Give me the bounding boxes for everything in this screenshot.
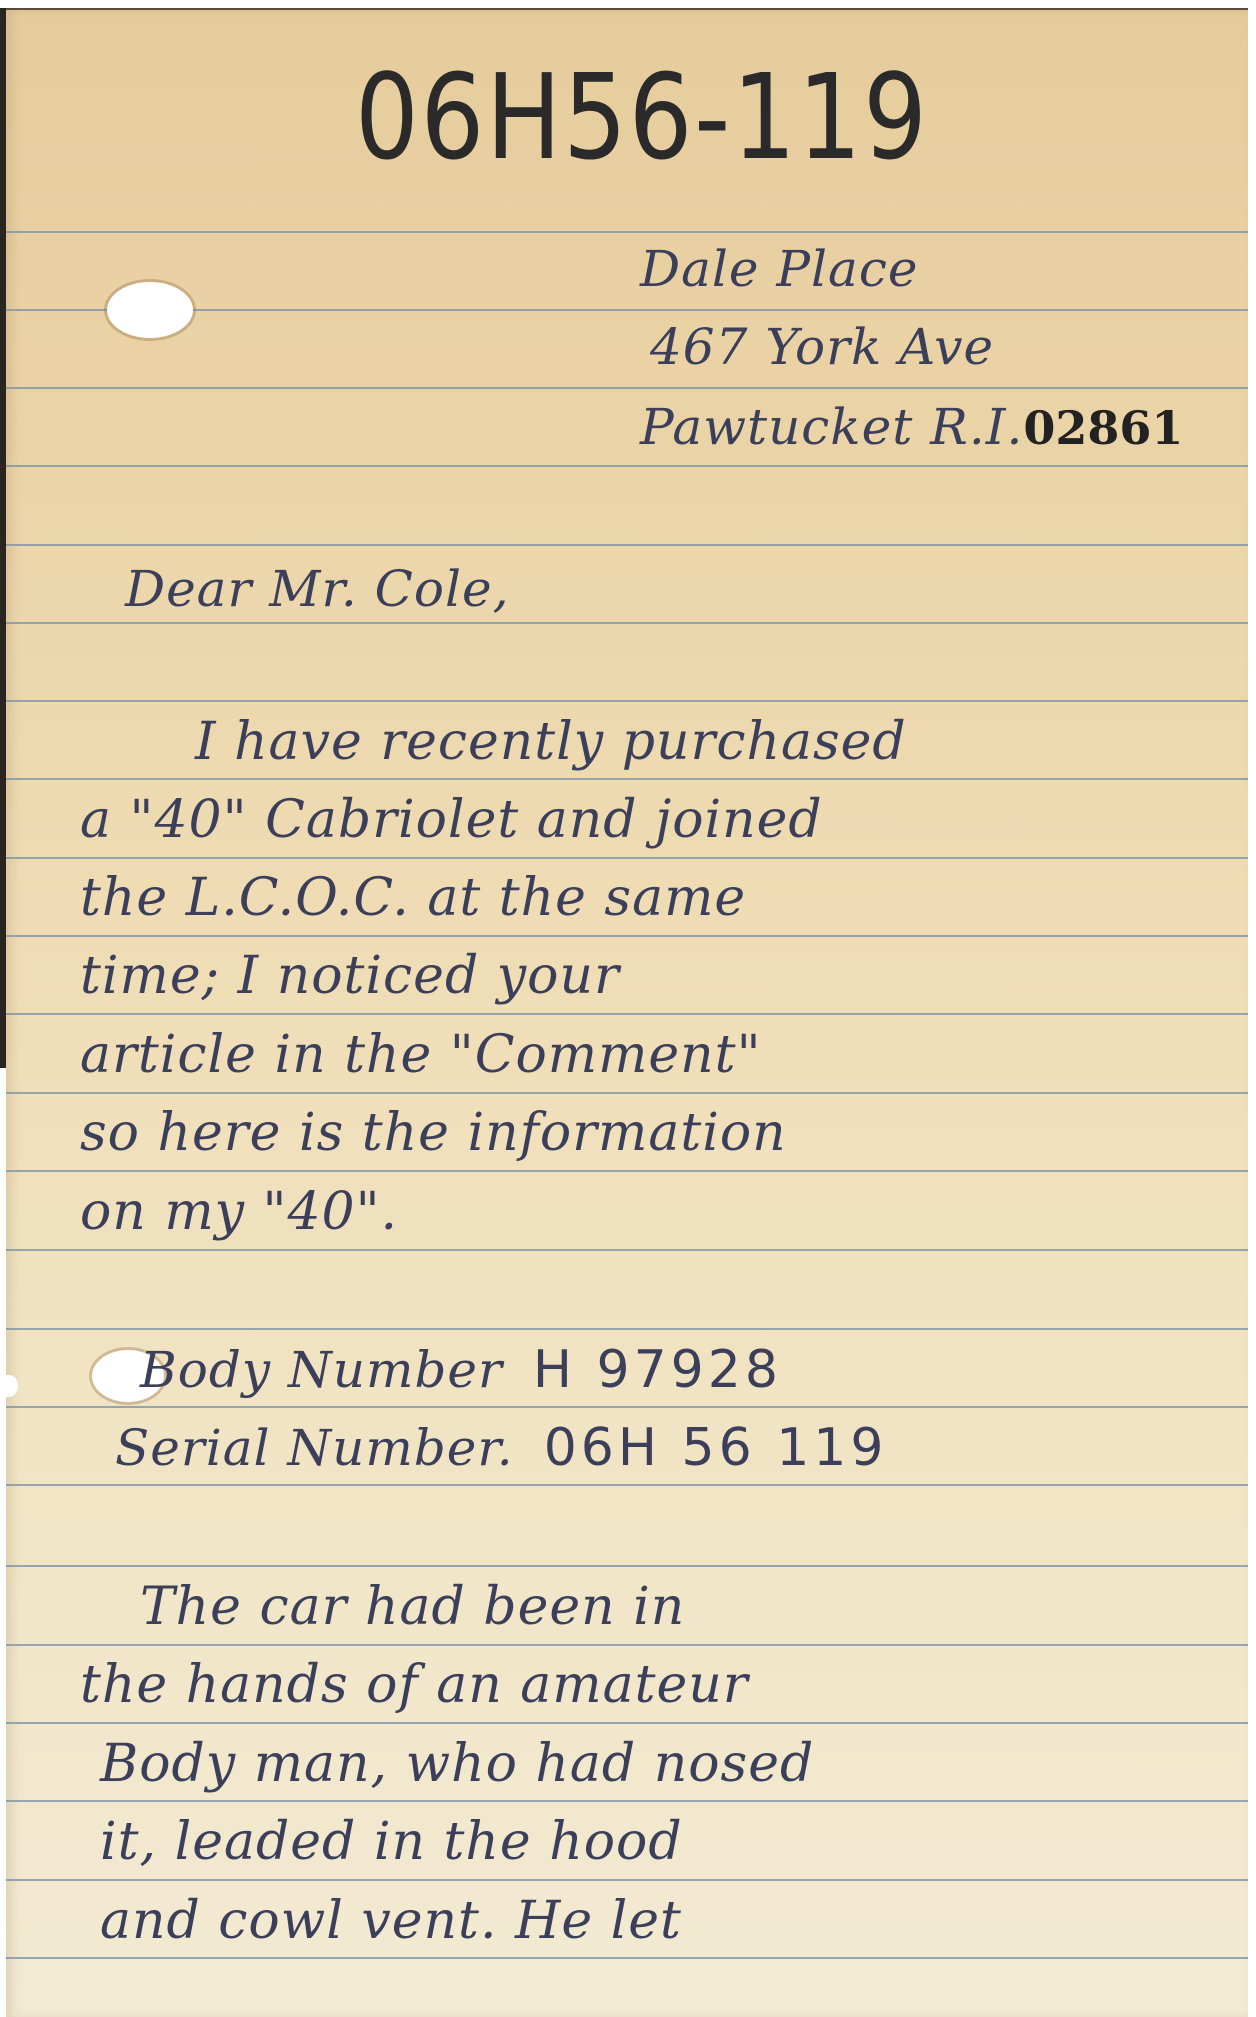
rule-line <box>6 1644 1248 1646</box>
rule-line <box>6 544 1248 546</box>
rule-line <box>6 1800 1248 1802</box>
closing-line: it, leaded in the hood <box>100 1812 683 1872</box>
closing-line: The car had been in <box>140 1577 685 1637</box>
rule-line <box>6 1328 1248 1330</box>
rule-line <box>6 1722 1248 1724</box>
body-number-row: Body NumberH 97928 <box>140 1340 782 1400</box>
rule-line <box>6 1957 1248 1959</box>
sender-zip: 02861 <box>1023 401 1183 455</box>
rule-line <box>6 935 1248 937</box>
body-line: so here is the information <box>80 1103 787 1163</box>
rule-line <box>6 1013 1248 1015</box>
serial-number-label: Serial Number. <box>115 1419 514 1477</box>
body-line: time; I noticed your <box>80 946 620 1006</box>
rule-line <box>6 622 1248 624</box>
closing-line: Body man, who had nosed <box>100 1734 814 1794</box>
rule-line <box>6 1565 1248 1567</box>
closing-line: the hands of an amateur <box>80 1655 749 1715</box>
rule-line <box>6 1170 1248 1172</box>
sender-city-line: Pawtucket R.I.02861 <box>640 398 1183 456</box>
body-line: I have recently purchased <box>195 712 907 772</box>
body-line: a "40" Cabriolet and joined <box>80 790 823 850</box>
rule-line <box>6 857 1248 859</box>
body-number-label: Body Number <box>140 1341 503 1399</box>
greeting: Dear Mr. Cole, <box>125 560 510 618</box>
body-number-value: H 97928 <box>533 1340 782 1400</box>
punch-hole-edge <box>0 1375 18 1397</box>
rule-line <box>6 778 1248 780</box>
rule-line <box>6 700 1248 702</box>
rule-line <box>6 1879 1248 1881</box>
sender-name: Dale Place <box>640 240 918 298</box>
rule-line <box>6 1249 1248 1251</box>
sender-city-state: Pawtucket R.I. <box>640 398 1023 456</box>
rule-line <box>6 231 1248 233</box>
punch-hole <box>107 282 193 338</box>
header-serial-number: 06H56-119 <box>355 48 929 186</box>
serial-number-value: 06H 56 119 <box>544 1418 888 1478</box>
rule-line <box>6 465 1248 467</box>
body-line: article in the "Comment" <box>80 1025 762 1085</box>
sender-street: 467 York Ave <box>650 318 994 376</box>
rule-line <box>6 387 1248 389</box>
rule-line <box>6 1406 1248 1408</box>
rule-line <box>6 1092 1248 1094</box>
closing-line: and cowl vent. He let <box>100 1891 682 1951</box>
rule-line <box>6 1484 1248 1486</box>
body-line: on my "40". <box>80 1182 398 1242</box>
serial-number-row: Serial Number.06H 56 119 <box>115 1418 887 1478</box>
body-line: the L.C.O.C. at the same <box>80 868 746 928</box>
